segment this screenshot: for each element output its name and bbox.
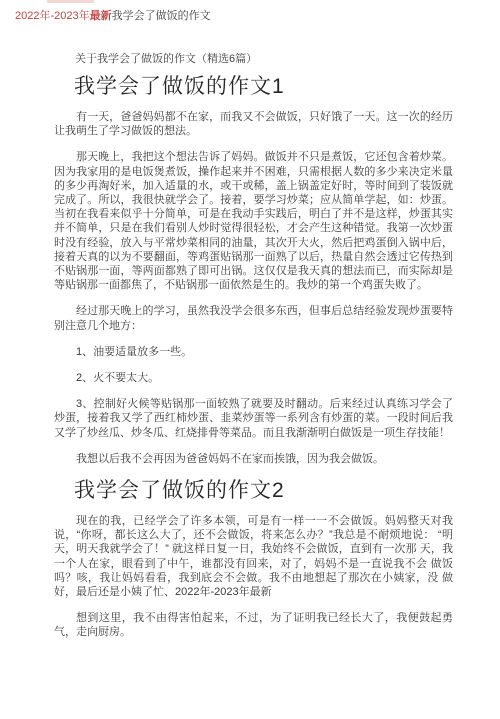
essay1-paragraph-1: 有一天，爸爸妈妈都不在家，而我又不会做饭，只好饿了一天。这一次的经历 让我萌生了… xyxy=(54,110,453,138)
essay1-paragraph-2: 那天晚上，我把这个想法告诉了妈妈。做饭并不只是煮饭，它还包含着炒菜。 因为我家用… xyxy=(54,150,453,292)
essay2-paragraph-1: 现在的我，已经学会了许多本领，可是有一样一一不会做饭。妈妈整天对我 说，“你呀，… xyxy=(54,514,453,599)
essay2-paragraph-2: 想到这里，我不由得害怕起来，不过，为了证明我已经长大了，我便鼓起勇 气，走向厨房… xyxy=(54,611,453,639)
page-top-red-artifact xyxy=(47,0,94,3)
essay1-list-item-1: 1、油要适量放多一些。 xyxy=(54,345,453,359)
document-body: 关于我学会了做饭的作文（精选6篇） 我学会了做饭的作文1 有一天，爸爸妈妈都不在… xyxy=(54,52,453,640)
essay1-paragraph-4: 我想以后我不会再因为爸爸妈妈不在家而挨饿，因为我会做饭。 xyxy=(54,452,453,466)
essay1-list-item-3: 3、控制好火候等贴锅那一面较熟了就要及时翻动。后来经过认真练习学会了 炒蛋，接着… xyxy=(54,397,453,440)
essay2-heading: 我学会了做饭的作文2 xyxy=(54,478,453,504)
essay1-paragraph-3: 经过那天晚上的学习，虽然我没学会很多东西，但事后总结经验发现炒蛋要特 别注意几个… xyxy=(54,304,453,332)
essay1-list-item-2: 2、火不要太大。 xyxy=(54,371,453,385)
header-date-range: 2022年-2023年 xyxy=(15,10,90,22)
document-page: { "colors": { "accent_red": "#bf4340", "… xyxy=(0,0,500,719)
document-header: 2022年-2023年最新我学会了做饭的作文 xyxy=(15,9,211,23)
essay1-heading: 我学会了做饭的作文1 xyxy=(54,74,453,100)
header-doc-title: 我学会了做饭的作文 xyxy=(112,10,211,22)
collection-subtitle: 关于我学会了做饭的作文（精选6篇） xyxy=(54,52,453,66)
header-latest-label: 最新 xyxy=(90,10,112,22)
